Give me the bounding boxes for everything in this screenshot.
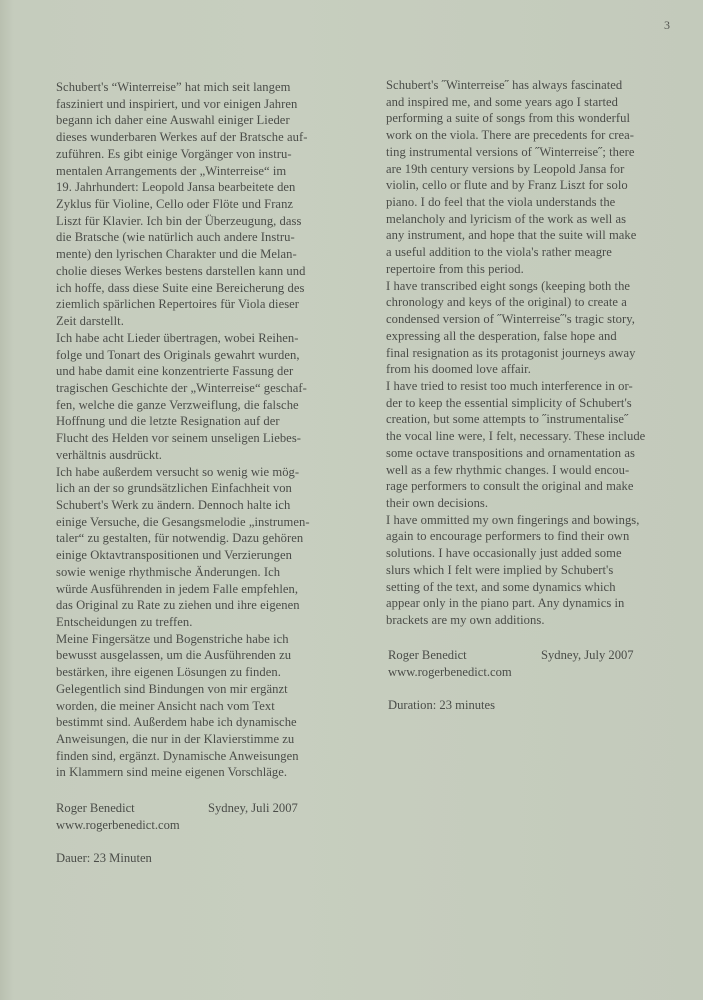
text-line: chronology and keys of the original) to … bbox=[386, 294, 703, 311]
text-line: Schubert's Werk zu ändern. Dennoch halte… bbox=[56, 497, 376, 514]
text-line: ziemlich spärlichen Repertoires für Viol… bbox=[56, 296, 376, 313]
text-line: finden sind, ergänzt. Dynamische Anweisu… bbox=[56, 748, 376, 765]
text-line: violin, cello or flute and by Franz Lisz… bbox=[386, 177, 703, 194]
text-line: Meine Fingersätze und Bogenstriche habe … bbox=[56, 631, 376, 648]
text-line: taler“ zu gestalten, für notwendig. Dazu… bbox=[56, 530, 376, 547]
english-duration: Duration: 23 minutes bbox=[388, 697, 495, 714]
text-line: solutions. I have occasionally just adde… bbox=[386, 545, 703, 562]
text-line: Gelegentlich sind Bindungen von mir ergä… bbox=[56, 681, 376, 698]
text-line: Liszt für Klavier. Ich bin der Überzeugu… bbox=[56, 213, 376, 230]
text-line: I have ommitted my own fingerings and bo… bbox=[386, 512, 703, 529]
text-line: setting of the text, and some dynamics w… bbox=[386, 579, 703, 596]
text-line: Flucht des Helden vor seinem unseligen L… bbox=[56, 430, 376, 447]
text-line: bestärken, ihre eigenen Lösungen zu find… bbox=[56, 664, 376, 681]
text-line: das Original zu Rate zu ziehen und ihre … bbox=[56, 597, 376, 614]
text-line: I have tried to resist too much interfer… bbox=[386, 378, 703, 395]
german-place-date: Sydney, Juli 2007 bbox=[208, 800, 298, 817]
text-line: piano. I do feel that the viola understa… bbox=[386, 194, 703, 211]
german-duration: Dauer: 23 Minuten bbox=[56, 850, 152, 867]
english-place-date: Sydney, July 2007 bbox=[541, 647, 634, 664]
english-author: Roger Benedict bbox=[388, 647, 467, 664]
text-line: Anweisungen, die nur in der Klavierstimm… bbox=[56, 731, 376, 748]
text-line: fasziniert und inspiriert, und vor einig… bbox=[56, 96, 376, 113]
text-line: dieses wunderbaren Werkes auf der Bratsc… bbox=[56, 129, 376, 146]
text-line: ich hoffe, dass diese Suite eine Bereich… bbox=[56, 280, 376, 297]
text-line: 19. Jahrhundert: Leopold Jansa bearbeite… bbox=[56, 179, 376, 196]
text-line: und habe damit eine konzentrierte Fassun… bbox=[56, 363, 376, 380]
text-line: Ich habe acht Lieder übertragen, wobei R… bbox=[56, 330, 376, 347]
text-line: Schubert's “Winterreise” hat mich seit l… bbox=[56, 79, 376, 96]
text-line: and inspired me, and some years ago I st… bbox=[386, 94, 703, 111]
german-author: Roger Benedict bbox=[56, 800, 135, 817]
text-line: well as a few rhythmic changes. I would … bbox=[386, 462, 703, 479]
text-line: repertoire from this period. bbox=[386, 261, 703, 278]
text-line: Ich habe außerdem versucht so wenig wie … bbox=[56, 464, 376, 481]
text-line: die Bratsche (wie natürlich auch andere … bbox=[56, 229, 376, 246]
english-column: Schubert's ˝Winterreise˝ has always fasc… bbox=[386, 77, 703, 629]
german-body: Schubert's “Winterreise” hat mich seit l… bbox=[56, 79, 376, 781]
text-line: tragischen Geschichte der „Winterreise“ … bbox=[56, 380, 376, 397]
text-line: performing a suite of songs from this wo… bbox=[386, 110, 703, 127]
text-line: their own decisions. bbox=[386, 495, 703, 512]
text-line: work on the viola. There are precedents … bbox=[386, 127, 703, 144]
text-line: condensed version of ˝Winterreise˝'s tra… bbox=[386, 311, 703, 328]
text-line: a useful addition to the viola's rather … bbox=[386, 244, 703, 261]
text-line: Entscheidungen zu treffen. bbox=[56, 614, 376, 631]
text-line: in Klammern sind meine eigenen Vorschläg… bbox=[56, 764, 376, 781]
text-line: from his doomed love affair. bbox=[386, 361, 703, 378]
text-line: bewusst ausgelassen, um die Ausführenden… bbox=[56, 647, 376, 664]
german-column: Schubert's “Winterreise” hat mich seit l… bbox=[56, 79, 376, 781]
text-line: some octave transpositions and ornamenta… bbox=[386, 445, 703, 462]
text-line: fen, welche die ganze Verzweiflung, die … bbox=[56, 397, 376, 414]
text-line: rage performers to consult the original … bbox=[386, 478, 703, 495]
text-line: bestimmt sind. Außerdem habe ich dynamis… bbox=[56, 714, 376, 731]
text-line: einige Versuche, die Gesangsmelodie „ins… bbox=[56, 514, 376, 531]
text-line: the vocal line were, I felt, necessary. … bbox=[386, 428, 703, 445]
text-line: ting instrumental versions of ˝Winterrei… bbox=[386, 144, 703, 161]
text-line: expressing all the desperation, false ho… bbox=[386, 328, 703, 345]
text-line: würde Ausführenden in jedem Falle empfeh… bbox=[56, 581, 376, 598]
text-line: Zeit darstellt. bbox=[56, 313, 376, 330]
text-line: mente) den lyrischen Charakter und die M… bbox=[56, 246, 376, 263]
text-line: appear only in the piano part. Any dynam… bbox=[386, 595, 703, 612]
text-line: begann ich daher eine Auswahl einiger Li… bbox=[56, 112, 376, 129]
text-line: worden, die meiner Ansicht nach vom Text bbox=[56, 698, 376, 715]
text-line: zuführen. Es gibt einige Vorgänger von i… bbox=[56, 146, 376, 163]
text-line: I have transcribed eight songs (keeping … bbox=[386, 278, 703, 295]
text-line: einige Oktavtranspositionen und Verzieru… bbox=[56, 547, 376, 564]
text-line: again to encourage performers to find th… bbox=[386, 528, 703, 545]
english-website: www.rogerbenedict.com bbox=[388, 664, 512, 681]
text-line: cholie dieses Werkes bestens darstellen … bbox=[56, 263, 376, 280]
german-website: www.rogerbenedict.com bbox=[56, 817, 180, 834]
text-line: der to keep the essential simplicity of … bbox=[386, 395, 703, 412]
text-line: creation, but some attempts to ˝instrume… bbox=[386, 411, 703, 428]
text-line: verhältnis ausdrückt. bbox=[56, 447, 376, 464]
text-line: sowie wenige rhythmische Änderungen. Ich bbox=[56, 564, 376, 581]
text-line: Schubert's ˝Winterreise˝ has always fasc… bbox=[386, 77, 703, 94]
text-line: any instrument, and hope that the suite … bbox=[386, 227, 703, 244]
text-line: mentalen Arrangements der „Winterreise“ … bbox=[56, 163, 376, 180]
text-line: Hoffnung und die letzte Resignation auf … bbox=[56, 413, 376, 430]
text-line: slurs which I felt were implied by Schub… bbox=[386, 562, 703, 579]
text-line: lich an der so grundsätzlichen Einfachhe… bbox=[56, 480, 376, 497]
english-body: Schubert's ˝Winterreise˝ has always fasc… bbox=[386, 77, 703, 629]
text-line: Zyklus für Violine, Cello oder Flöte und… bbox=[56, 196, 376, 213]
text-line: melancholy and lyricism of the work as w… bbox=[386, 211, 703, 228]
text-line: brackets are my own additions. bbox=[386, 612, 703, 629]
text-line: are 19th century versions by Leopold Jan… bbox=[386, 161, 703, 178]
page-number: 3 bbox=[664, 18, 670, 33]
text-line: folge und Tonart des Originals gewahrt w… bbox=[56, 347, 376, 364]
text-line: final resignation as its protagonist jou… bbox=[386, 345, 703, 362]
